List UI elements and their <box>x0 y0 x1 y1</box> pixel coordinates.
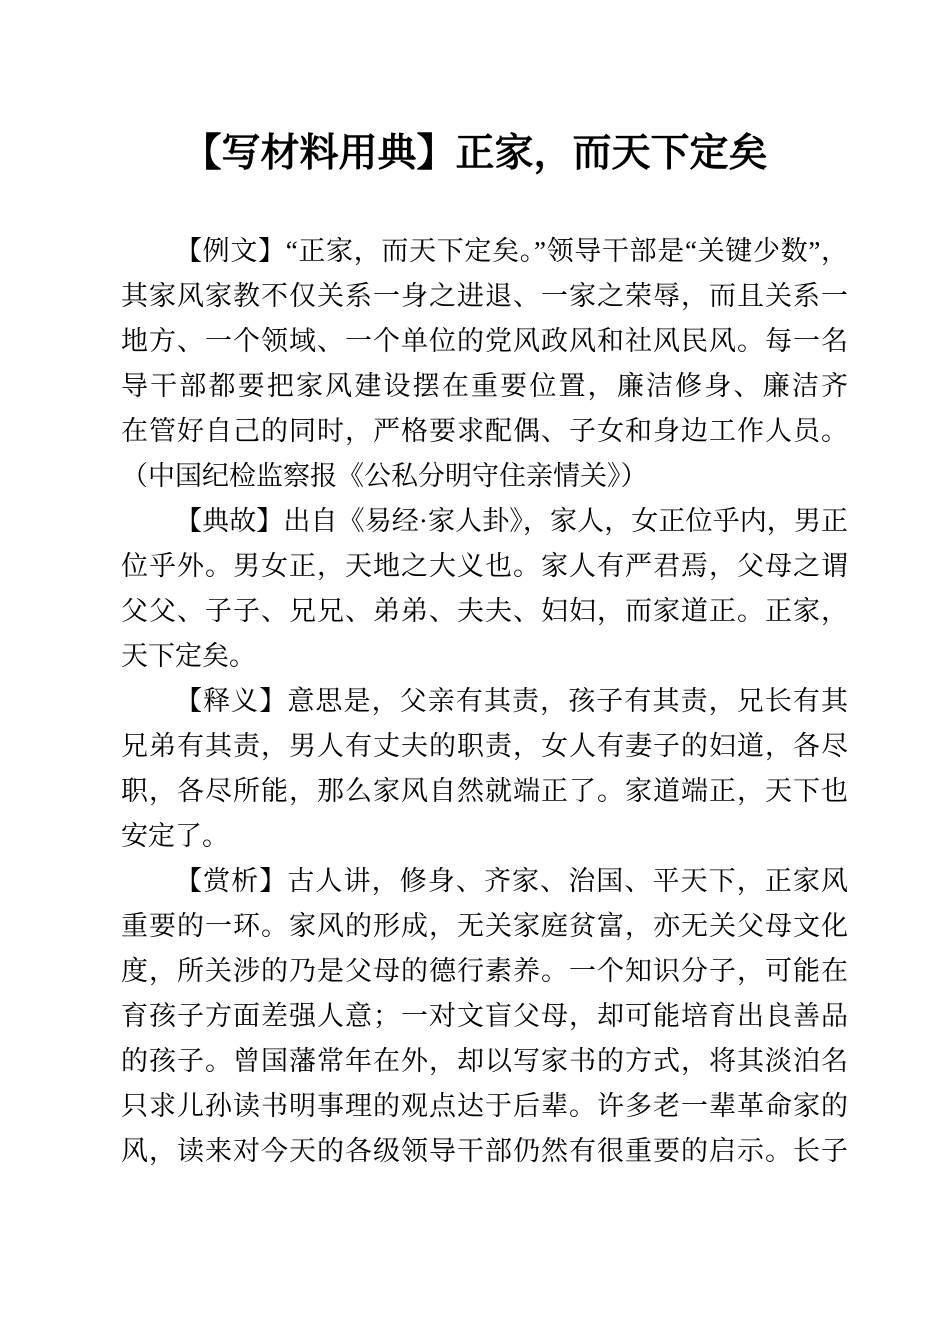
paragraph-shangxi: 【赏析】古人讲，修身、齐家、治国、平天下，正家风是很 重要的一环。家风的形成，无… <box>121 859 848 1174</box>
text-line: 导干部都要把家风建设摆在重要位置，廉洁修身、廉洁齐家， <box>121 364 848 409</box>
text-line: 度，所关涉的乃是父母的德行素养。一个知识分子，可能在教 <box>121 949 848 994</box>
paragraph-shiyi: 【释义】意思是，父亲有其责，孩子有其责，兄长有其责， 兄弟有其责，男人有丈夫的职… <box>121 679 848 859</box>
text-line: 其家风家教不仅关系一身之进退、一家之荣辱，而且关系一个 <box>121 274 848 319</box>
text-line: （中国纪检监察报《公私分明守住亲情关》） <box>121 454 848 499</box>
text-line: 育孩子方面差强人意；一对文盲父母，却可能培育出良善品德 <box>121 994 848 1039</box>
text-line: 位乎外。男女正，天地之大义也。家人有严君焉，父母之谓也。 <box>121 544 848 589</box>
paragraph-diangu: 【典故】出自《易经·家人卦》，家人，女正位乎内，男正 位乎外。男女正，天地之大义… <box>121 499 848 679</box>
text-line: 地方、一个领域、一个单位的党风政风和社风民风。每一名领 <box>121 319 848 364</box>
document-title: 【写材料用典】正家，而天下定矣 <box>0 127 950 181</box>
text-line: 在管好自己的同时，严格要求配偶、子女和身边工作人员。 <box>121 409 848 454</box>
text-line: 【赏析】古人讲，修身、齐家、治国、平天下，正家风是很 <box>121 859 848 904</box>
text-line: 安定了。 <box>121 814 848 859</box>
text-line: 只求儿孙读书明事理的观点达于后辈。许多老一辈革命家的家 <box>121 1084 848 1129</box>
paragraph-liwen: 【例文】“正家，而天下定矣。”领导干部是“关键少数”， 其家风家教不仅关系一身之… <box>121 229 848 499</box>
document-page: 【写材料用典】正家，而天下定矣 【例文】“正家，而天下定矣。”领导干部是“关键少… <box>0 0 950 1344</box>
text-line: 重要的一环。家风的形成，无关家庭贫富，亦无关父母文化程 <box>121 904 848 949</box>
text-line: 【典故】出自《易经·家人卦》，家人，女正位乎内，男正 <box>121 499 848 544</box>
text-line: 的孩子。曾国藩常年在外，却以写家书的方式，将其淡泊名利、 <box>121 1039 848 1084</box>
text-line: 【释义】意思是，父亲有其责，孩子有其责，兄长有其责， <box>121 679 848 724</box>
text-line: 兄弟有其责，男人有丈夫的职责，女人有妻子的妇道，各尽其 <box>121 724 848 769</box>
text-line: 【例文】“正家，而天下定矣。”领导干部是“关键少数”， <box>121 229 848 274</box>
text-line: 天下定矣。 <box>121 634 848 679</box>
document-body: 【例文】“正家，而天下定矣。”领导干部是“关键少数”， 其家风家教不仅关系一身之… <box>121 229 848 1174</box>
text-line: 风，读来对今天的各级领导干部仍然有很重要的启示。长子毛 <box>121 1129 848 1174</box>
text-line: 职，各尽所能，那么家风自然就端正了。家道端正，天下也就 <box>121 769 848 814</box>
text-line: 父父、子子、兄兄、弟弟、夫夫、妇妇，而家道正。正家，而 <box>121 589 848 634</box>
